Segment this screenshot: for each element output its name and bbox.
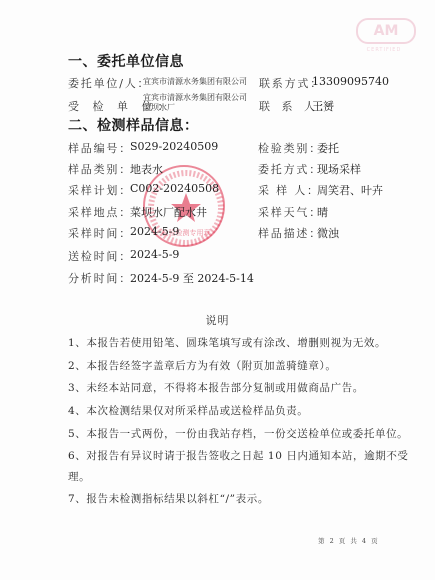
commission-method-value: 现场采样 bbox=[317, 161, 361, 177]
certification-logo: AM bbox=[356, 18, 416, 44]
analysis-time-label: 分析时间： bbox=[68, 270, 132, 286]
sampling-time-label: 采样时间： bbox=[68, 225, 132, 241]
sampling-weather-label: 采样天气： bbox=[258, 204, 322, 220]
sampling-time-value: 2024-5-9 bbox=[130, 225, 179, 238]
sample-category-value: 地表水 bbox=[130, 161, 163, 177]
submission-time-label: 送检时间： bbox=[68, 248, 132, 264]
submission-time-value: 2024-5-9 bbox=[130, 248, 179, 261]
note-item-3: 3、未经本站同意，不得将本报告部分复制或用做商品广告。 bbox=[68, 380, 364, 395]
client-value: 宜宾市清源水务集团有限公司 bbox=[143, 77, 247, 87]
note-item-6-continued: 理。 bbox=[68, 469, 90, 484]
sampling-weather-value: 晴 bbox=[317, 204, 328, 220]
sample-id-label: 样品编号： bbox=[68, 140, 132, 156]
sampling-location-label: 采样地点： bbox=[68, 204, 132, 220]
inspection-type-label: 检验类别： bbox=[258, 140, 322, 156]
note-item-4: 4、本次检测结果仅对所采样品或送检样品负责。 bbox=[68, 403, 308, 418]
sample-description-value: 微浊 bbox=[317, 225, 339, 241]
sample-description-label: 样品描述： bbox=[258, 225, 322, 241]
sampling-plan-label: 采样计划： bbox=[68, 182, 132, 198]
section1-title: 一、委托单位信息 bbox=[68, 51, 184, 71]
inspection-type-value: 委托 bbox=[317, 140, 339, 156]
notes-title: 说明 bbox=[0, 312, 435, 328]
commission-method-label: 委托方式： bbox=[258, 161, 322, 177]
sampling-plan-value: C002-20240508 bbox=[130, 182, 219, 195]
inspected-unit-value-line2: 菜坝水厂 bbox=[143, 103, 175, 113]
note-item-1: 1、本报告若使用铅笔、圆珠笔填写或有涂改、增删则视为无效。 bbox=[68, 335, 386, 350]
section2-title: 二、检测样品信息： bbox=[68, 115, 199, 135]
analysis-time-value: 2024-5-9 至 2024-5-14 bbox=[130, 270, 254, 286]
note-item-2: 2、本报告经签字盖章后方为有效（附页加盖骑缝章）。 bbox=[68, 358, 336, 373]
sample-category-label: 样品类别： bbox=[68, 161, 132, 177]
note-item-6: 6、对报告有异议时请于报告签收之日起 10 日内通知本站，逾期不受 bbox=[68, 448, 409, 463]
sampler-label: 采 样 人： bbox=[258, 182, 320, 198]
report-page: AM CERTIFIED 一、委托单位信息 委托单位/人： 宜宾市清源水务集团有… bbox=[0, 0, 435, 580]
client-label: 委托单位/人： bbox=[68, 75, 150, 91]
inspected-unit-value-line1: 宜宾市清源水务集团有限公司 bbox=[143, 93, 247, 103]
note-item-7: 7、报告未检测指标结果以斜杠“/”表示。 bbox=[68, 491, 269, 506]
contact-value: 13309095740 bbox=[312, 75, 389, 88]
page-number: 第 2 页 共 4 页 bbox=[318, 536, 379, 545]
sample-id-value: S029-20240509 bbox=[130, 140, 218, 153]
contact-person-value: 王赟 bbox=[312, 98, 334, 114]
sampling-location-value: 菜坝水厂配水井 bbox=[130, 204, 207, 220]
sampler-value: 周笑君、叶卉 bbox=[317, 182, 383, 198]
note-item-5: 5、本报告一式两份，一份由我站存档，一份交送检单位或委托单位。 bbox=[68, 426, 408, 441]
certification-logo-subtext: CERTIFIED bbox=[352, 47, 416, 53]
